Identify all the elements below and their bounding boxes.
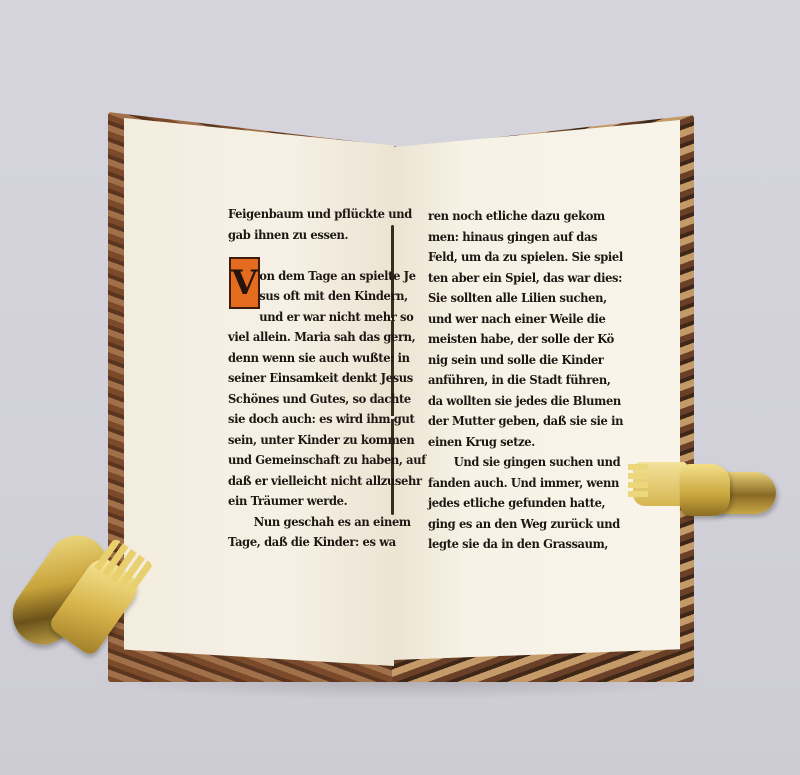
dropcap-letter: V (231, 266, 257, 300)
clip-fingers (628, 464, 648, 500)
text-line: men: hinaus gingen auf das (428, 227, 594, 248)
text-line: und er war nicht mehr so (228, 307, 380, 328)
text-line: viel allein. Maria sah das gern, (228, 327, 380, 348)
clip-hand-cuff (680, 464, 730, 516)
text-line: sein, unter Kinder zu kommen (228, 430, 380, 451)
text-line: seiner Einsamkeit denkt Jesus (228, 368, 380, 389)
text-line: Sie sollten alle Lilien suchen, (428, 288, 594, 309)
text-line: und wer nach einer Weile die (428, 309, 594, 330)
text-line: jedes etliche gefunden hatte, (428, 493, 594, 514)
text-line: Feld, um da zu spielen. Sie spiel (428, 247, 594, 268)
text-line: ren noch etliche dazu gekom (428, 206, 594, 227)
illuminated-dropcap: V (229, 257, 260, 309)
text-line: legte sie da in den Grassaum, (428, 534, 594, 555)
text-line: und Gemeinschaft zu haben, auf (228, 450, 380, 471)
text-line: nig sein und solle die Kinder (428, 350, 594, 371)
text-line: Nun geschah es an einem (228, 512, 380, 533)
text-line: Feigenbaum und pflückte und (228, 204, 380, 225)
text-line: gab ihnen zu essen. (228, 225, 380, 246)
text-line: einen Krug setze. (428, 432, 594, 453)
right-page-text: ren noch etliche dazu gekom men: hinaus … (428, 206, 594, 555)
text-line: anführen, in die Stadt führen, (428, 370, 594, 391)
text-line: daß er vielleicht nicht allzusehr (228, 471, 380, 492)
text-line: Und sie gingen suchen und (428, 452, 594, 473)
text-line: Tage, daß die Kinder: es wa (228, 532, 380, 553)
text-line: ein Träumer werde. (228, 491, 380, 512)
text-line: der Mutter geben, daß sie sie in (428, 411, 594, 432)
text-line: ten aber ein Spiel, das war dies: (428, 268, 594, 289)
text-line: Schönes und Gutes, so dachte (228, 389, 380, 410)
text-line: fanden auch. Und immer, wenn (428, 473, 594, 494)
text-line: denn wenn sie auch wußte: in (228, 348, 380, 369)
text-line: sie doch auch: es wird ihm gut (228, 409, 380, 430)
text-line: ging es an den Weg zurück und (428, 514, 594, 535)
text-line: meisten habe, der solle der Kö (428, 329, 594, 350)
text-line: da wollten sie jedes die Blumen (428, 391, 594, 412)
